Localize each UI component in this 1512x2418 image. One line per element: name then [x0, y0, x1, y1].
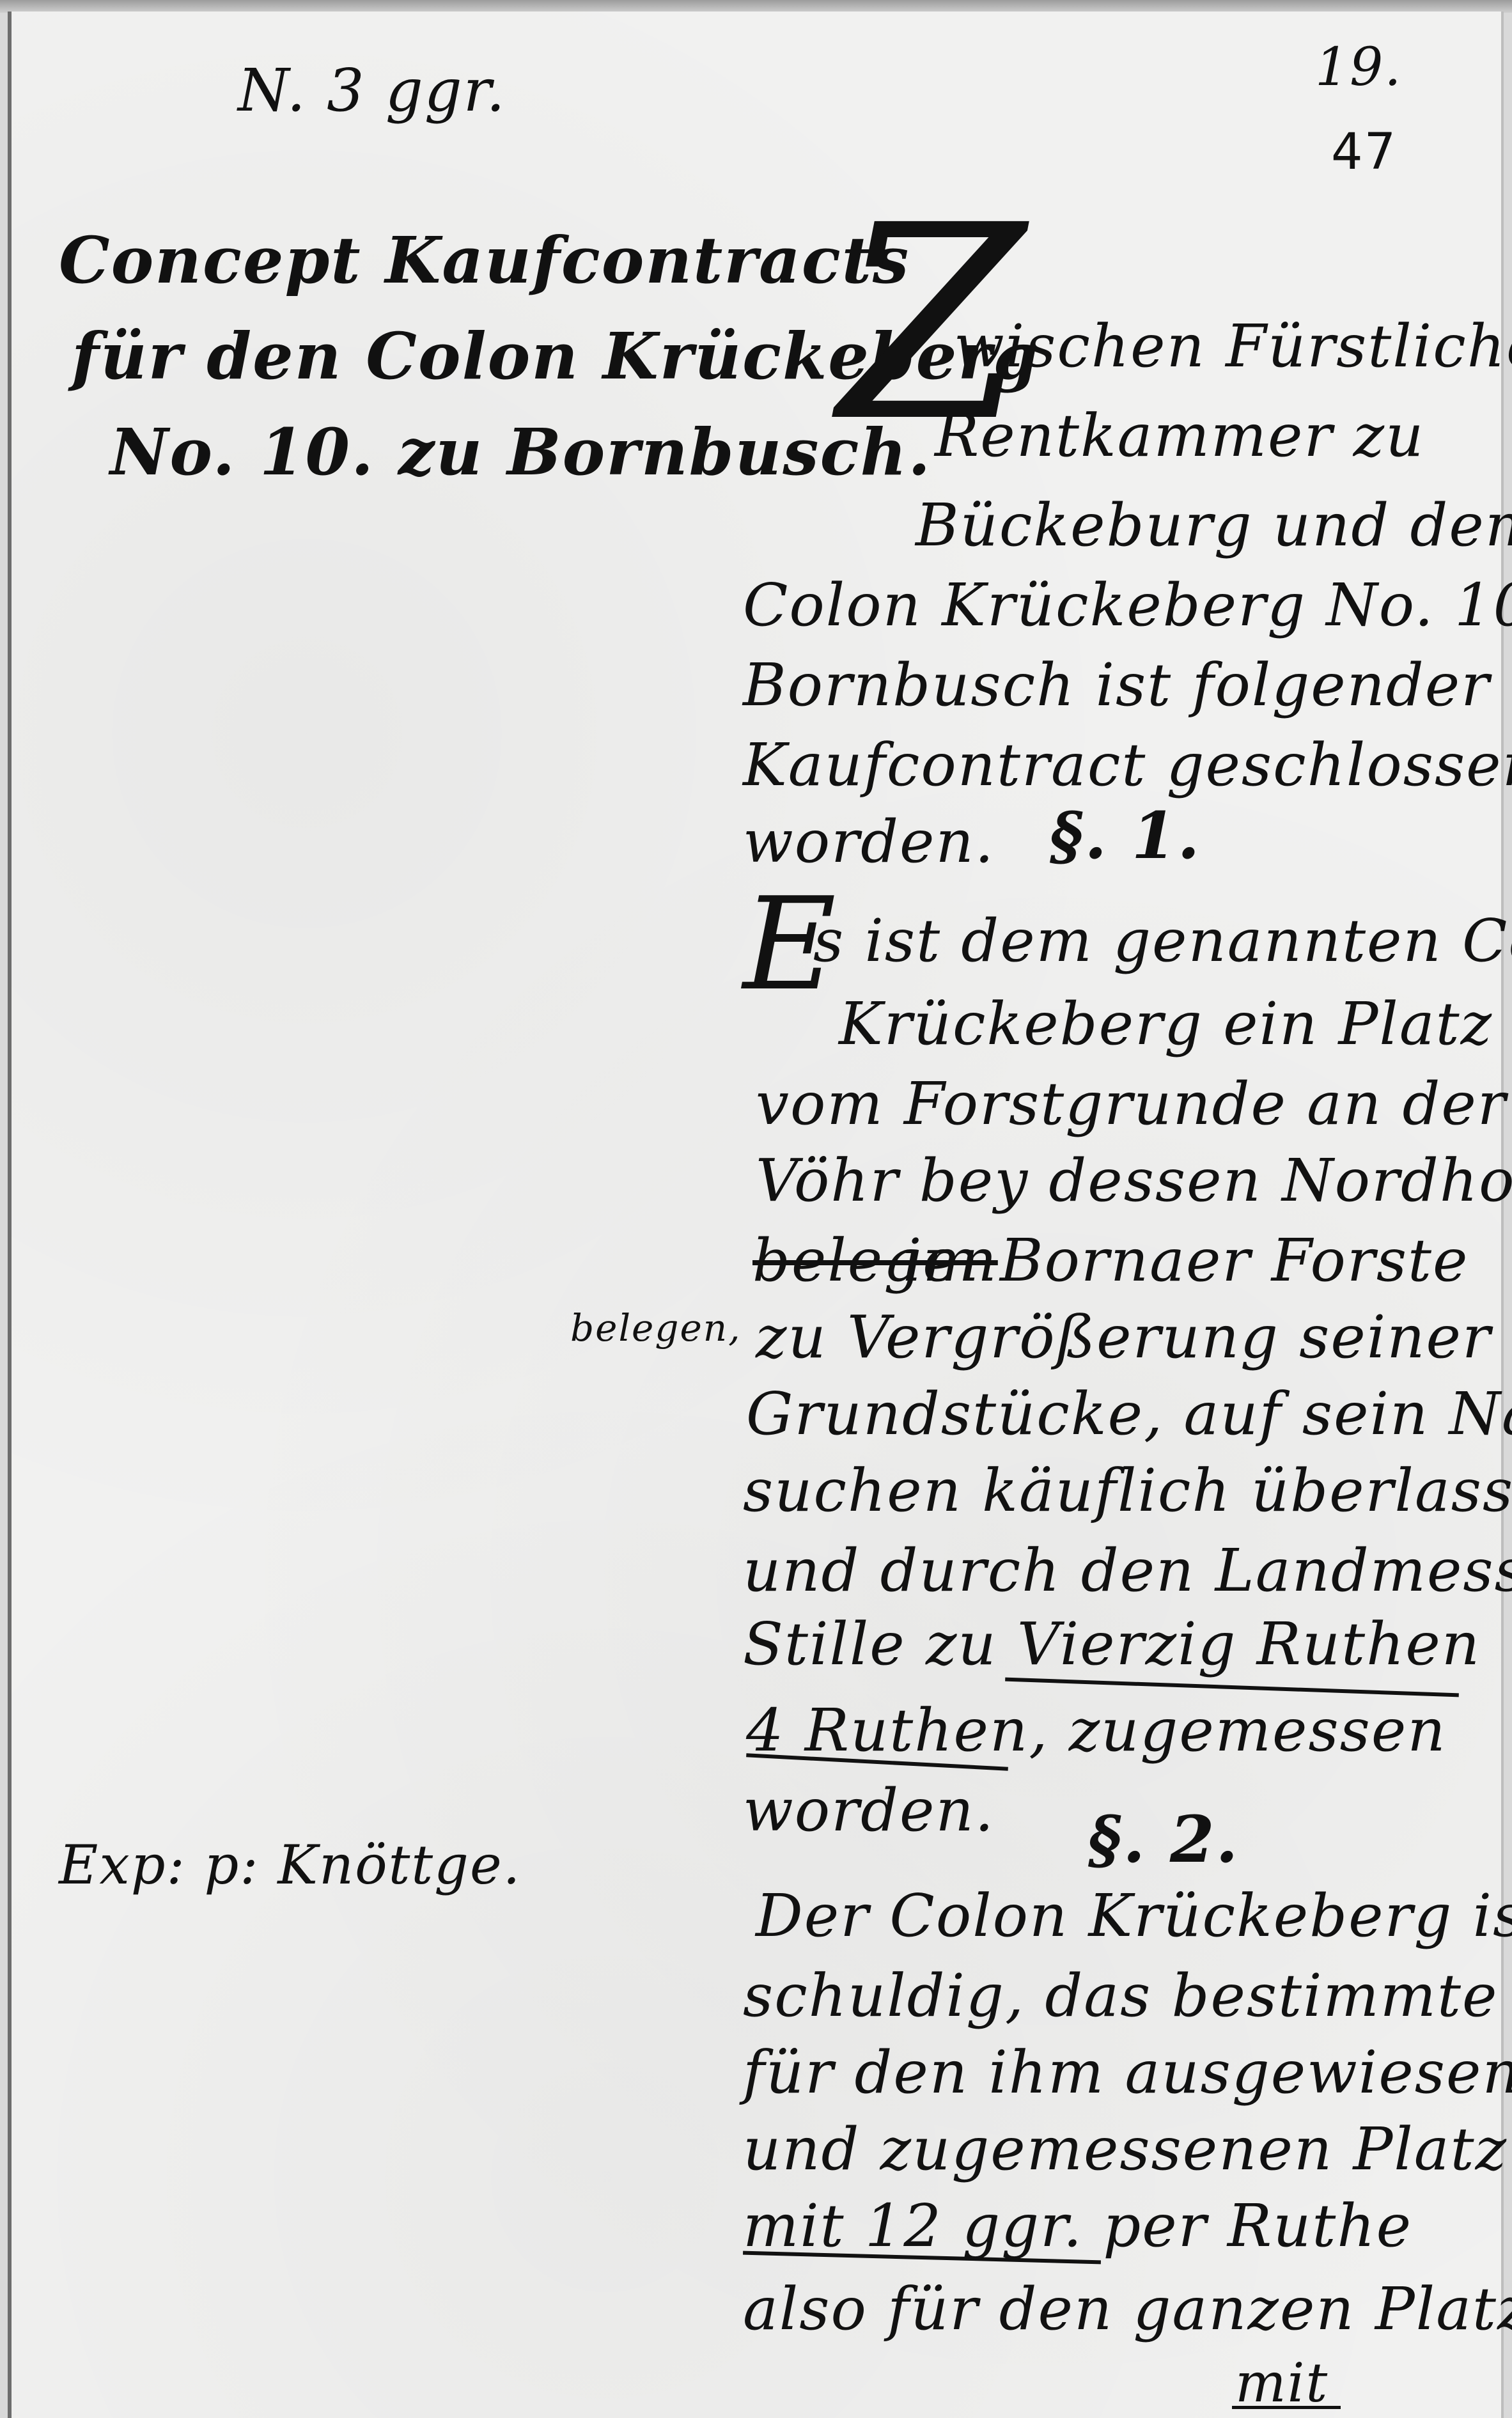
catchword: mit	[1235, 2352, 1329, 2414]
section-1-heading: §. 1.	[1050, 798, 1201, 873]
page-top-edge	[0, 0, 1512, 13]
document-title-line-1: Concept Kaufcontracts	[59, 222, 910, 298]
folio-number-handwritten: 19.	[1315, 37, 1402, 98]
folio-number-stamped: 47	[1331, 123, 1397, 181]
section-1-line: Grundstücke, auf sein Nach-	[746, 1380, 1512, 1448]
underline-vierzig-ruthen	[1005, 1678, 1459, 1697]
section-2-line: mit 12 ggr. per Ruthe	[743, 2192, 1412, 2260]
preamble-line: Kaufcontract geschlossen	[743, 731, 1512, 799]
section-1-line: vom Forstgrunde an der	[756, 1070, 1507, 1138]
preamble-line: Bückeburg und dem	[916, 491, 1512, 559]
section-2-line: Der Colon Krückeberg ist	[756, 1882, 1512, 1950]
document-reference: N. 3 ggr.	[238, 56, 506, 125]
section-2-line: schuldig, das bestimmte Kaufgeld	[743, 1962, 1512, 2030]
preamble-line: wischen Fürstlicher	[954, 312, 1512, 380]
preamble-line: Rentkammer zu	[935, 402, 1424, 470]
section-1-line: Stille zu Vierzig Ruthen	[743, 1610, 1481, 1678]
manuscript-page: 19. 47 N. 3 ggr. Concept Kaufcontracts f…	[8, 12, 1504, 2418]
document-title-line-3: No. 10. zu Bornbusch.	[110, 414, 931, 490]
section-1-line: zu Vergrößerung seiner	[756, 1303, 1492, 1371]
section-1-line: Vöhr bey dessen Nordholz	[756, 1146, 1512, 1215]
section-1-line: worden.	[743, 1776, 995, 1845]
preamble-line: worden.	[743, 807, 995, 876]
preamble-line: Bornbusch ist folgender	[743, 651, 1490, 719]
preamble-line: Colon Krückeberg No. 10. zu	[743, 571, 1512, 639]
section-2-line: für den ihm ausgewiesenen	[743, 2038, 1512, 2107]
section-1-line: suchen käuflich überlassen	[743, 1456, 1512, 1525]
section-1-line: und durch den Landmesser	[743, 1536, 1512, 1605]
section-1-line: Krückeberg ein Platz	[839, 990, 1493, 1058]
section-2-line: und zugemessenen Platz	[743, 2115, 1508, 2183]
expedition-note: Exp: p: Knöttge.	[59, 1834, 521, 1896]
underline-catchword	[1232, 2406, 1341, 2409]
section-2-heading: §. 2.	[1088, 1802, 1239, 1877]
section-1-line: s ist dem genannten Colon	[813, 907, 1512, 975]
section-1-line: 4 Ruthen, zugemessen	[746, 1696, 1447, 1765]
section-2-line: also für den ganzen Platz	[743, 2275, 1512, 2343]
section-1-line: im Bornaer Forste	[903, 1226, 1469, 1295]
marginal-insert: belegen,	[570, 1306, 742, 1350]
